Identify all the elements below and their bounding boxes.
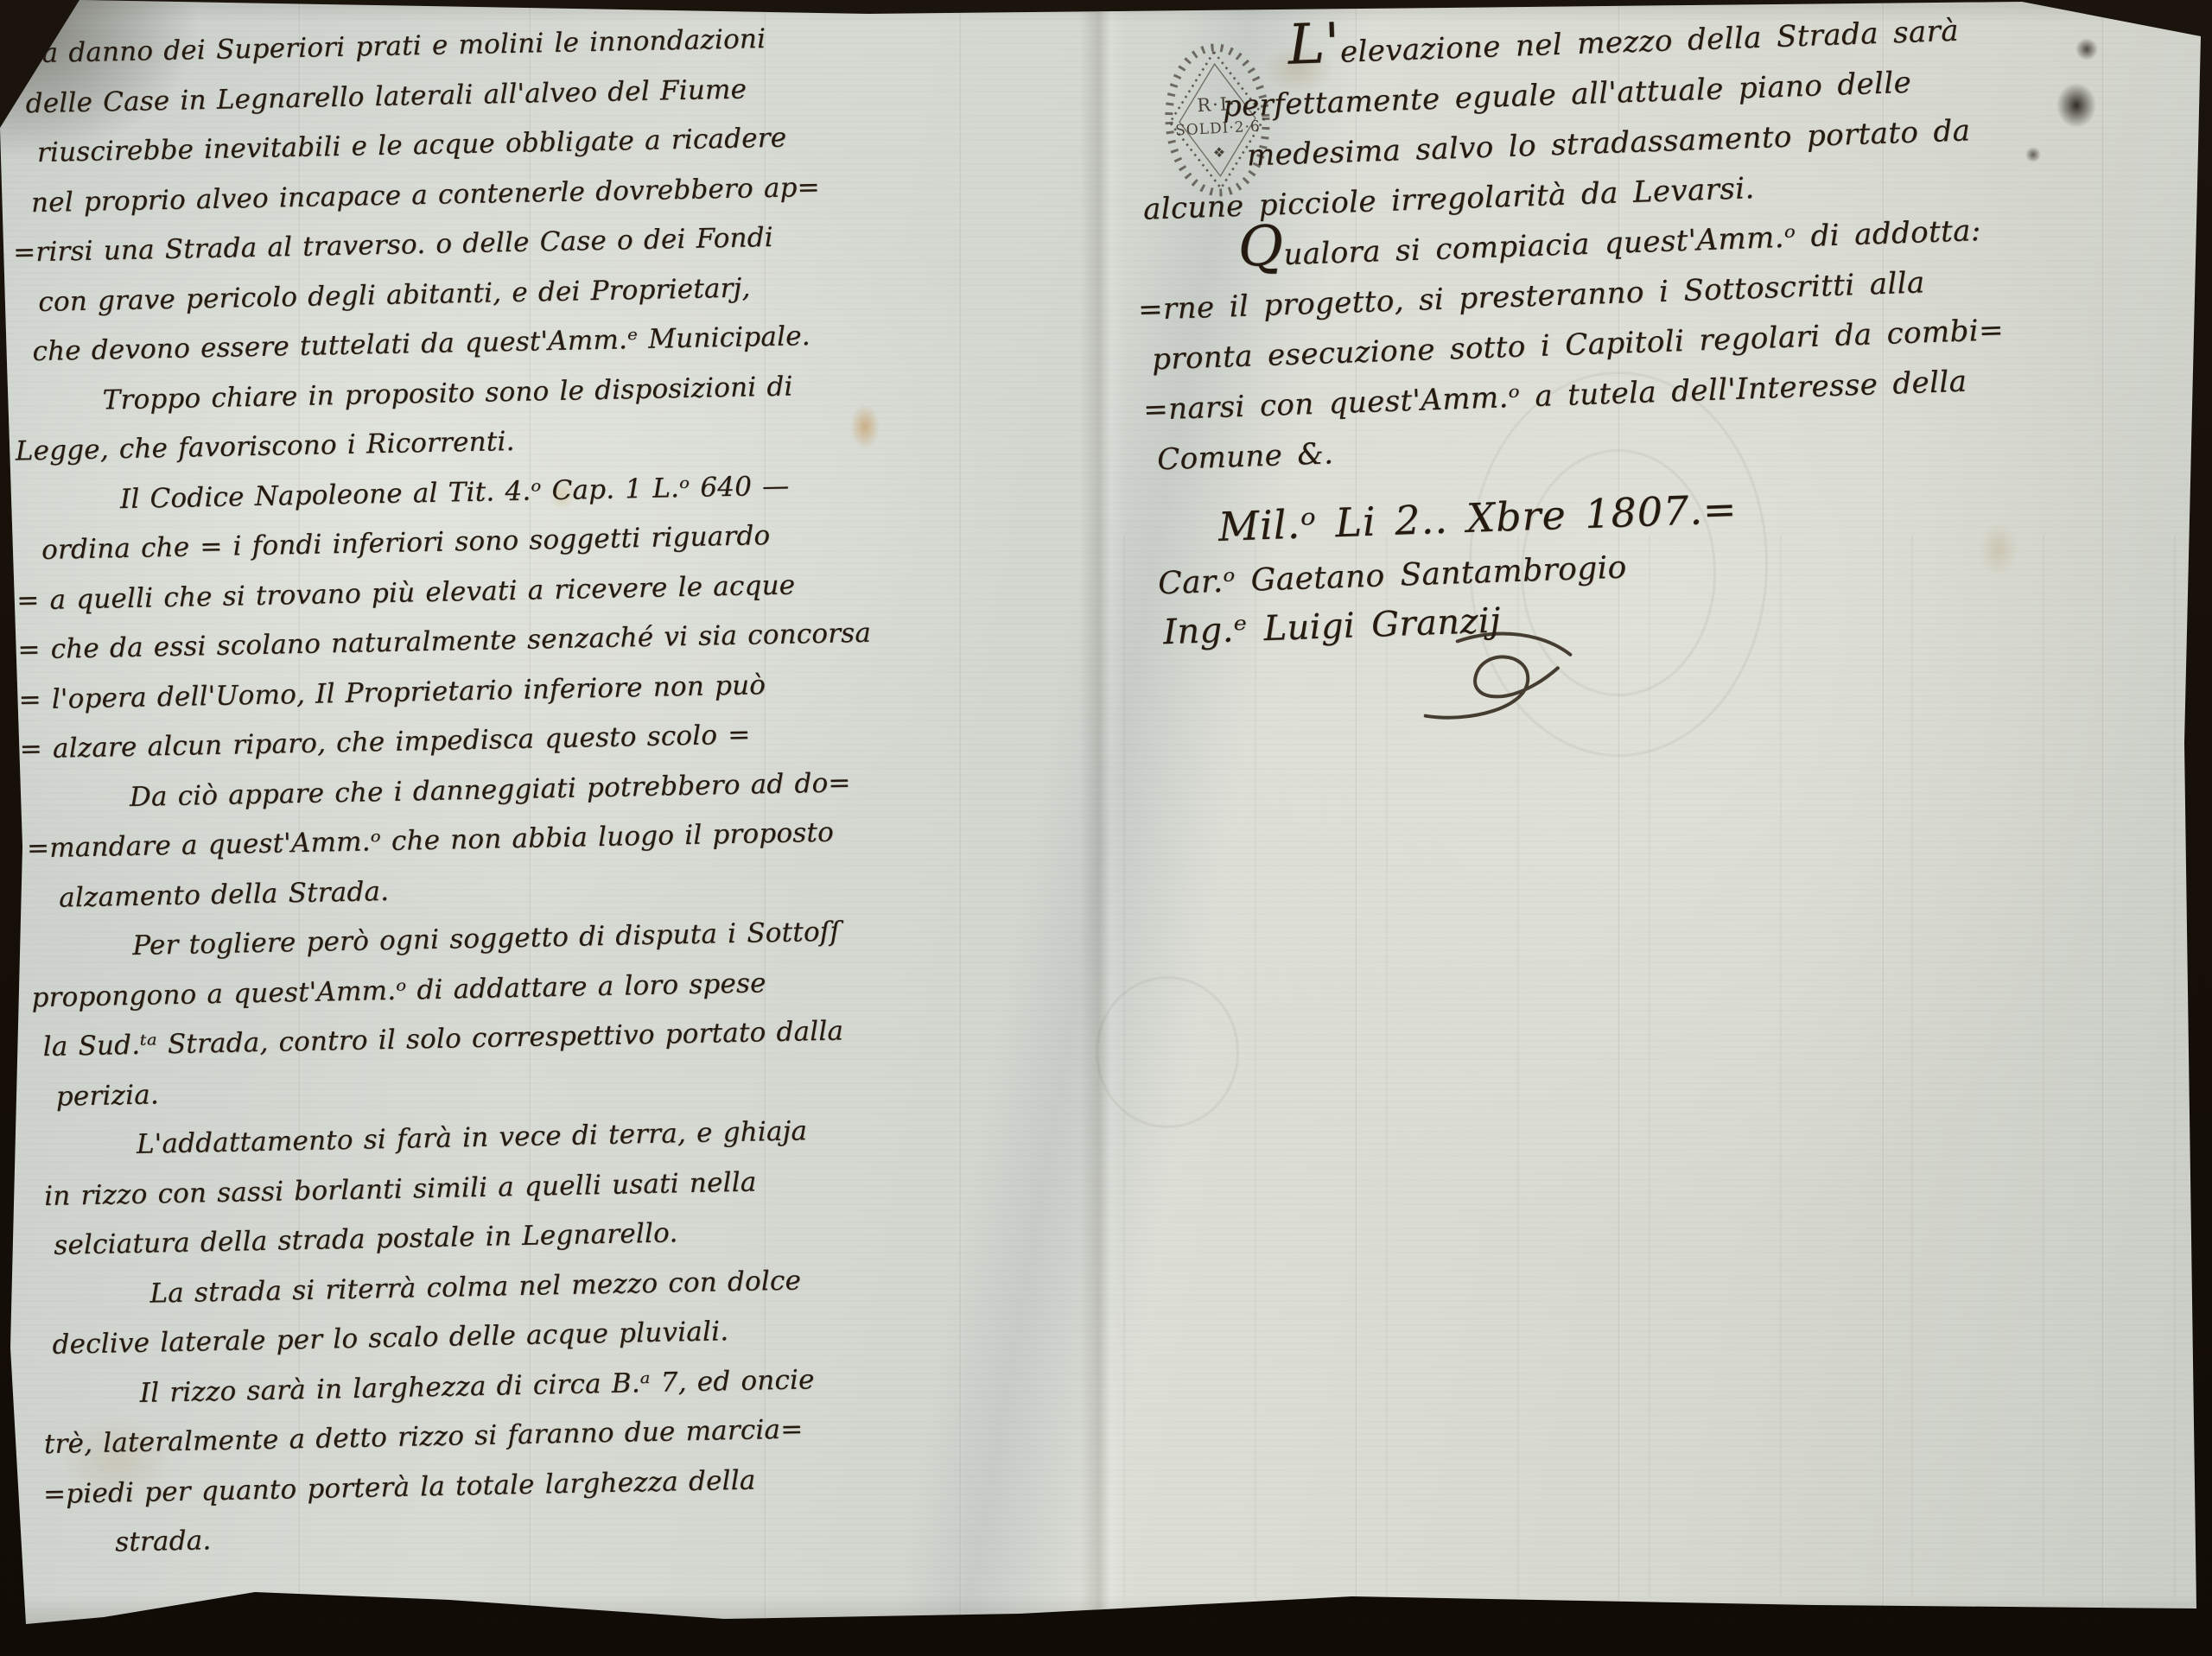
photo-vignette <box>0 0 2212 1656</box>
photograph-background: a danno dei Superiori prati e molini le … <box>0 0 2212 1656</box>
manuscript-paper: a danno dei Superiori prati e molini le … <box>0 0 2212 1656</box>
